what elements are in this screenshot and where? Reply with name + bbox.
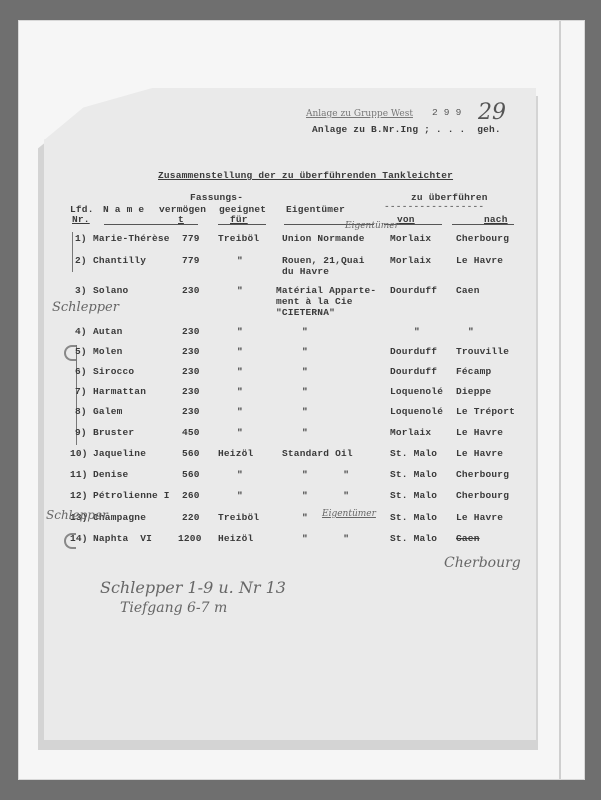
row-owner: ": [302, 326, 308, 337]
row-owner: " ": [302, 469, 349, 480]
header-rule-name: [104, 224, 160, 225]
margin-mark-schlepper: Schlepper: [52, 300, 119, 315]
row-owner: Rouen, 21,Quai du Havre: [282, 255, 365, 277]
row-nr: 9): [75, 427, 87, 438]
row-from: Morlaix: [390, 233, 431, 244]
row-nr: 10): [70, 448, 88, 459]
row-name: Sirocco: [93, 366, 134, 377]
row-to: Trouville: [456, 346, 509, 357]
row-capacity: 230: [182, 386, 200, 397]
row-capacity: 230: [182, 326, 200, 337]
row-suited: Treiböl: [218, 233, 259, 244]
row-from: St. Malo: [390, 448, 437, 459]
row-suited: Heizöl: [218, 448, 253, 459]
row-nr: 4): [75, 326, 87, 337]
row-owner: ": [302, 427, 308, 438]
row-suited: Treiböl: [218, 512, 259, 523]
row-owner: ": [302, 386, 308, 397]
row-from: St. Malo: [390, 469, 437, 480]
row-owner: ": [302, 346, 308, 357]
row-from: St. Malo: [390, 512, 437, 523]
handwritten-correction: Cherbourg: [444, 555, 521, 571]
row-suited: ": [237, 427, 243, 438]
row-owner: Matérial Apparte- ment à la Cie "CIETERN…: [276, 285, 376, 318]
row-suited: ": [237, 469, 243, 480]
row-nr: 7): [75, 386, 87, 397]
row-to: Le Havre: [456, 427, 503, 438]
row-from: Loquenolé: [390, 386, 443, 397]
col-transfer-dashes: -----------------: [384, 201, 484, 212]
row-owner: ": [302, 512, 308, 523]
row-capacity: 260: [182, 490, 200, 501]
row-name: Solano: [93, 285, 128, 296]
margin-bracket-top: [72, 232, 73, 272]
row-owner: " ": [302, 490, 349, 501]
row-to: ": [468, 326, 474, 337]
row-suited: ": [237, 255, 243, 266]
handwritten-footer-line2: Tiefgang 6-7 m: [120, 600, 227, 616]
row-nr: 14): [70, 533, 88, 544]
row-to: Le Havre: [456, 448, 503, 459]
row-to: Caen: [456, 533, 480, 544]
row-from: Loquenolé: [390, 406, 443, 417]
handwritten-owner-note: Eigentümer: [345, 221, 399, 231]
row-to: Le Tréport: [456, 406, 515, 417]
row-nr: 6): [75, 366, 87, 377]
row-capacity: 230: [182, 346, 200, 357]
row-name: Galem: [93, 406, 123, 417]
row-nr: 1): [75, 233, 87, 244]
row-name: Marie-Thérèse: [93, 233, 170, 244]
row-owner: ": [302, 366, 308, 377]
row-capacity: 450: [182, 427, 200, 438]
col-name: N a m e: [103, 204, 144, 215]
row-owner: ": [302, 406, 308, 417]
row-suited: ": [237, 386, 243, 397]
row-to: Fécamp: [456, 366, 491, 377]
header-rule-to: [452, 224, 514, 225]
row-nr: 3): [75, 285, 87, 296]
row-from: Dourduff: [390, 366, 437, 377]
mount-edge: [559, 21, 561, 779]
row-name: Bruster: [93, 427, 134, 438]
row-suited: ": [237, 490, 243, 501]
document-title: Zusammenstellung der zu überführenden Ta…: [158, 170, 453, 181]
row-name: Denise: [93, 469, 128, 480]
row-capacity: 230: [182, 285, 200, 296]
handwritten-page-number: 29: [478, 100, 506, 125]
row-nr: 8): [75, 406, 87, 417]
header-rule-capacity: [158, 224, 198, 225]
row-capacity: 779: [182, 255, 200, 266]
row-capacity: 779: [182, 233, 200, 244]
row-to: Le Havre: [456, 255, 503, 266]
row-name: Harmattan: [93, 386, 146, 397]
row-owner: Standard Oil: [282, 448, 353, 459]
row-from: Morlaix: [390, 255, 431, 266]
row-owner: Union Normande: [282, 233, 365, 244]
row-suited: ": [237, 406, 243, 417]
row-suited: ": [237, 366, 243, 377]
col-nr-line2: Nr.: [72, 214, 90, 225]
col-owner: Eigentümer: [286, 204, 345, 215]
row-name: Naphta VI: [93, 533, 152, 544]
row-owner: " ": [302, 533, 349, 544]
row-from: St. Malo: [390, 533, 437, 544]
row-name: Pétrolienne I: [93, 490, 170, 501]
row-to: Cherbourg: [456, 233, 509, 244]
row-to: Cherbourg: [456, 490, 509, 501]
col-capacity-line1: Fassungs-: [190, 192, 243, 203]
row-name: Jaqueline: [93, 448, 146, 459]
handwritten-footer-line1: Schlepper 1-9 u. Nr 13: [100, 578, 286, 597]
handwritten-row13-note: Eigentümer: [322, 509, 376, 519]
row-nr: 2): [75, 255, 87, 266]
row-suited: ": [237, 346, 243, 357]
row-capacity: 1200: [178, 533, 202, 544]
row-name: Autan: [93, 326, 123, 337]
row-from: ": [414, 326, 420, 337]
reference-line: Anlage zu B.Nr.Ing ; . . . geh.: [312, 124, 501, 135]
row-from: St. Malo: [390, 490, 437, 501]
row-to: Dieppe: [456, 386, 491, 397]
row-to: Le Havre: [456, 512, 503, 523]
row-nr: 5): [75, 346, 87, 357]
row-from: Dourduff: [390, 346, 437, 357]
row-suited: ": [237, 326, 243, 337]
row-capacity: 560: [182, 469, 200, 480]
stamp-number: 2 9 9: [432, 107, 462, 118]
row-capacity: 560: [182, 448, 200, 459]
group-stamp: Anlage zu Gruppe West: [306, 109, 413, 119]
row-from: Morlaix: [390, 427, 431, 438]
margin-mark-schlepper-2: Schlepper: [46, 508, 108, 522]
row-name: Molen: [93, 346, 123, 357]
row-capacity: 220: [182, 512, 200, 523]
row-name: Chantilly: [93, 255, 146, 266]
row-capacity: 230: [182, 406, 200, 417]
row-to: Caen: [456, 285, 480, 296]
row-suited: ": [237, 285, 243, 296]
header-rule-suited: [218, 224, 266, 225]
row-suited: Heizöl: [218, 533, 253, 544]
row-nr: 12): [70, 490, 88, 501]
row-from: Dourduff: [390, 285, 437, 296]
row-to: Cherbourg: [456, 469, 509, 480]
row-nr: 11): [70, 469, 88, 480]
row-capacity: 230: [182, 366, 200, 377]
